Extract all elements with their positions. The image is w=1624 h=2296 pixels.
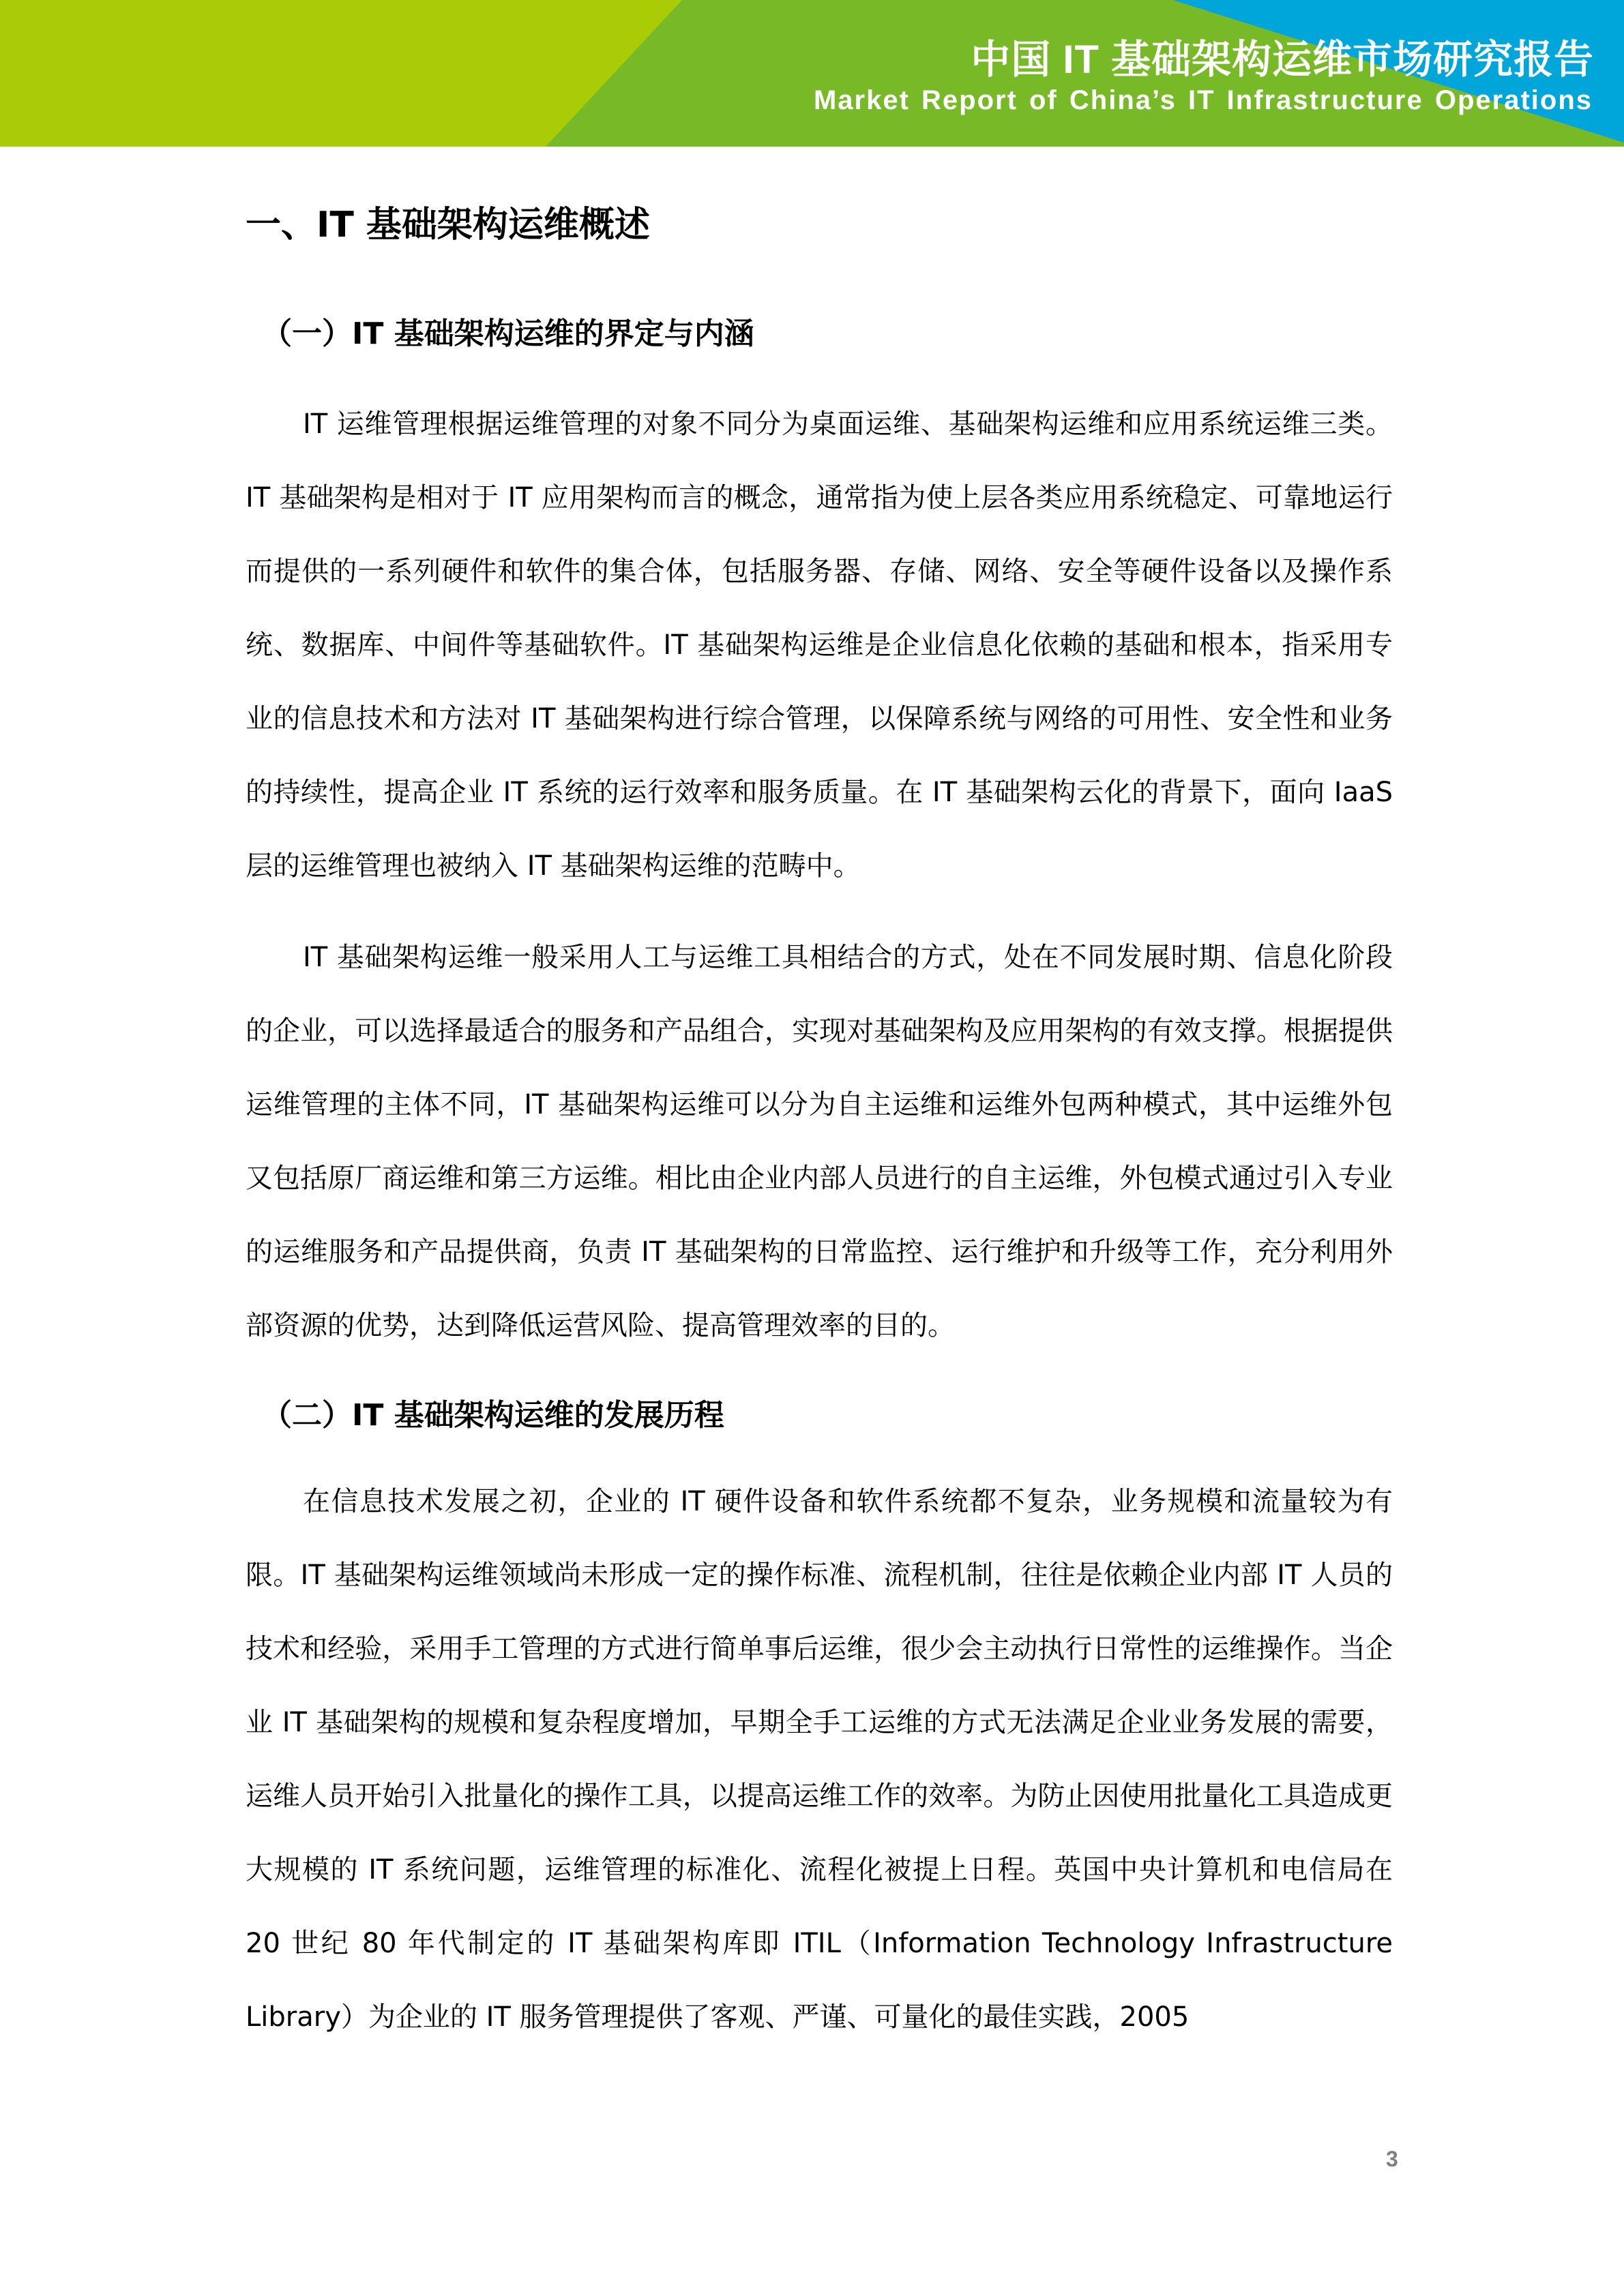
subsection-heading-definition: （一）IT 基础架构运维的界定与内涵 — [246, 300, 1393, 368]
paragraph-definition-2: IT 基础架构运维一般采用人工与运维工具相结合的方式，处在不同发展时期、信息化阶… — [246, 921, 1393, 1362]
report-title-en: Market Report of China’s IT Infrastructu… — [814, 85, 1593, 116]
subsection-heading-history: （二）IT 基础架构运维的发展历程 — [246, 1382, 1393, 1450]
header-banner: 中国 IT 基础架构运维市场研究报告 Market Report of Chin… — [0, 0, 1624, 147]
paragraph-definition-1: IT 运维管理根据运维管理的对象不同分为桌面运维、基础架构运维和应用系统运维三类… — [246, 387, 1393, 903]
page-number: 3 — [1386, 2147, 1398, 2172]
paragraph-history-1: 在信息技术发展之初，企业的 IT 硬件设备和软件系统都不复杂，业务规模和流量较为… — [246, 1465, 1393, 2054]
section-heading: 一、IT 基础架构运维概述 — [246, 191, 1393, 259]
report-title-cn: 中国 IT 基础架构运维市场研究报告 — [971, 27, 1594, 85]
document-body: 一、IT 基础架构运维概述 （一）IT 基础架构运维的界定与内涵 IT 运维管理… — [246, 191, 1393, 2054]
